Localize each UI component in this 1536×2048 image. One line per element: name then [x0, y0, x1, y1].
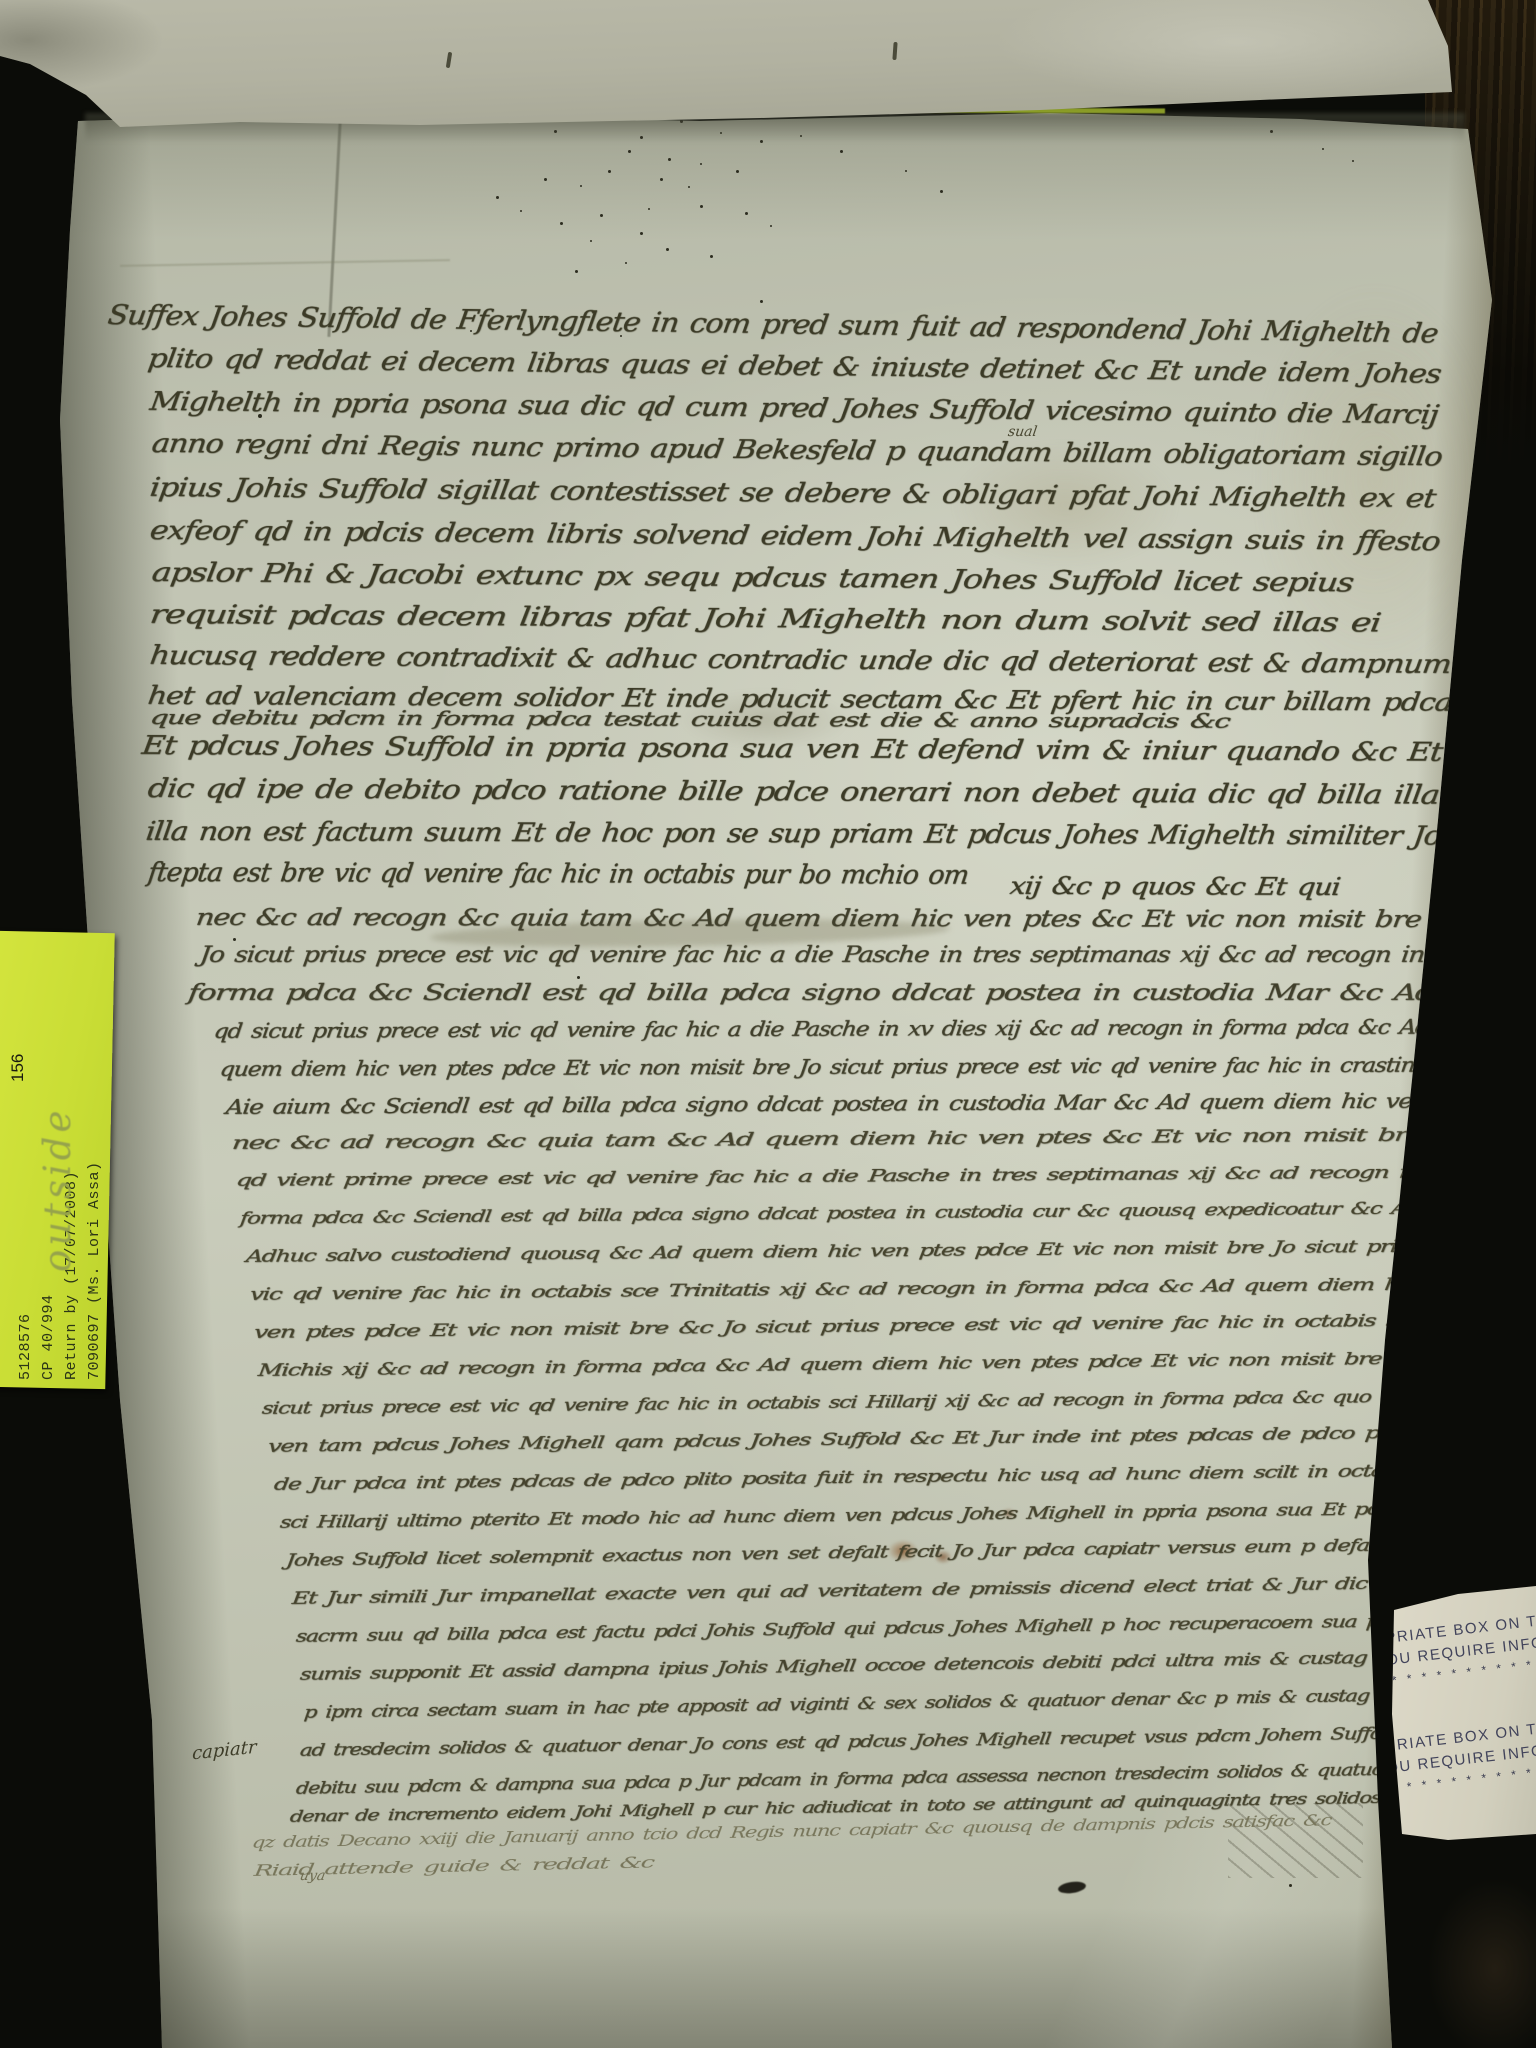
manuscript-line: forma pdca &c Sciendl est qd billa pdca … [239, 1199, 1421, 1229]
small-ink-mark: uya [299, 1868, 327, 1884]
ticket-page-number: 156 [8, 1018, 30, 1082]
interlinear-note: sual [1007, 424, 1038, 440]
fold-smudge [0, 0, 280, 100]
manuscript-line: Aie aium &c Sciendl est qd billa pdca si… [225, 1089, 1428, 1119]
manuscript-line: sci Hillarij ultimo pterito Et modo hic … [279, 1499, 1416, 1533]
manuscript-line: qd vient prime prece est vic qd venire f… [235, 1163, 1422, 1191]
info-slip-block-1: OPRIATE BOX ON T YOU REQUIRE INFO * * * … [1388, 1607, 1536, 1691]
ticket-line-barcode-number: 5128576 [14, 942, 37, 1380]
manuscript-line: apslor Phi & Jacobi extunc px sequ pdcus… [150, 558, 1355, 598]
photo-stage: Suffex Johes Suffold de Fferlyngflete in… [0, 0, 1536, 2048]
manuscript-line: que debitu pdcm in forma pdca testat cui… [149, 707, 1231, 733]
manuscript-line: ipius Johis Suffold sigillat contestisse… [148, 473, 1437, 514]
manuscript-line: Mighelth in ppria psona sua dic qd cum p… [148, 387, 1440, 430]
manuscript-line: illa non est factum suum Et de hoc pon s… [144, 817, 1442, 852]
manuscript-line: forma pdca &c Sciendl est qd billa pdca … [186, 981, 1435, 1006]
manuscript-line: Et pdcus Johes Suffold in ppria psona su… [140, 731, 1444, 768]
ticket-handwritten-note: outside [36, 982, 98, 1272]
manuscript-line: qd sicut prius prece est vic qd venire f… [213, 1015, 1431, 1043]
manuscript-line: sumis supponit Et assid dampna ipius Joh… [299, 1648, 1413, 1686]
backdrop-blob [1400, 1850, 1536, 2048]
manuscript-line: sicut prius prece est vic qd venire fac … [261, 1387, 1413, 1419]
manuscript-line: ad tresdecim solidos & quatuor denar Jo … [299, 1724, 1400, 1761]
info-slip-block-2: OPRIATE BOX ON T YOU REQUIRE INFO * * * … [1388, 1715, 1536, 1799]
manuscript-line: plito qd reddat ei decem libras quas ei … [146, 344, 1442, 390]
manuscript-line: hucusq reddere contradixit & adhuc contr… [148, 641, 1452, 680]
manuscript-line: Adhuc salvo custodiend quousq &c Ad quem… [245, 1237, 1422, 1267]
manuscript-line: nec &c ad recogn &c quia tam &c Ad quem … [194, 905, 1422, 933]
parchment-slit [892, 42, 897, 60]
manuscript-line: Michis xij &c ad recogn in forma pdca &c… [257, 1349, 1414, 1381]
manuscript-line: sacrm suu qd billa pdca est factu pdci J… [295, 1611, 1415, 1647]
info-slip: OPRIATE BOX ON T YOU REQUIRE INFO * * * … [1388, 1584, 1536, 1846]
manuscript-line: requisit pdcas decem libras pfat Johi Mi… [148, 600, 1382, 639]
manuscript-line: anno regni dni Regis nunc primo apud Bek… [150, 429, 1444, 472]
manuscript-line: Jo sicut prius prece est vic qd venire f… [198, 943, 1425, 968]
manuscript-line: de Jur pdca int ptes pdcas de pdco plito… [273, 1461, 1416, 1495]
manuscript-line: Johes Suffold licet solempnit exactus no… [285, 1535, 1417, 1571]
plea-roll-membrane: Suffex Johes Suffold de Fferlyngflete in… [0, 0, 1536, 2048]
manuscript-line: exfeof qd in pdcis decem libris solvend … [148, 516, 1441, 557]
manuscript-line: nec &c ad recogn &c quia tam &c Ad quem … [231, 1125, 1423, 1154]
manuscript-line: ftepta est bre vic qd venire fac hic in … [146, 858, 970, 891]
manuscript-line: Suffex Johes Suffold de Fferlyngflete in… [106, 300, 1440, 350]
fold-highlight [900, 0, 1460, 120]
parchment-slit [446, 52, 452, 68]
manuscript-line: dic qd ipe de debito pdco ratione bille … [146, 774, 1441, 811]
manuscript-line: xij &c p quos &c Et qui [1008, 872, 1341, 901]
manuscript-line: vic qd venire fac hic in octabis sce Tri… [249, 1275, 1419, 1305]
manuscript-line: Et Jur simili Jur impanellat exacte ven … [291, 1573, 1417, 1609]
manuscript-line: ven tam pdcus Johes Mighell qam pdcus Jo… [267, 1423, 1415, 1457]
manuscript-line: quem diem hic ven ptes pdce Et vic non m… [219, 1053, 1429, 1081]
manuscript-line: p ipm circa sectam suam in hac pte appos… [303, 1686, 1411, 1723]
manuscript-line: ven ptes pdce Et vic non misit bre &c Jo… [253, 1311, 1418, 1343]
